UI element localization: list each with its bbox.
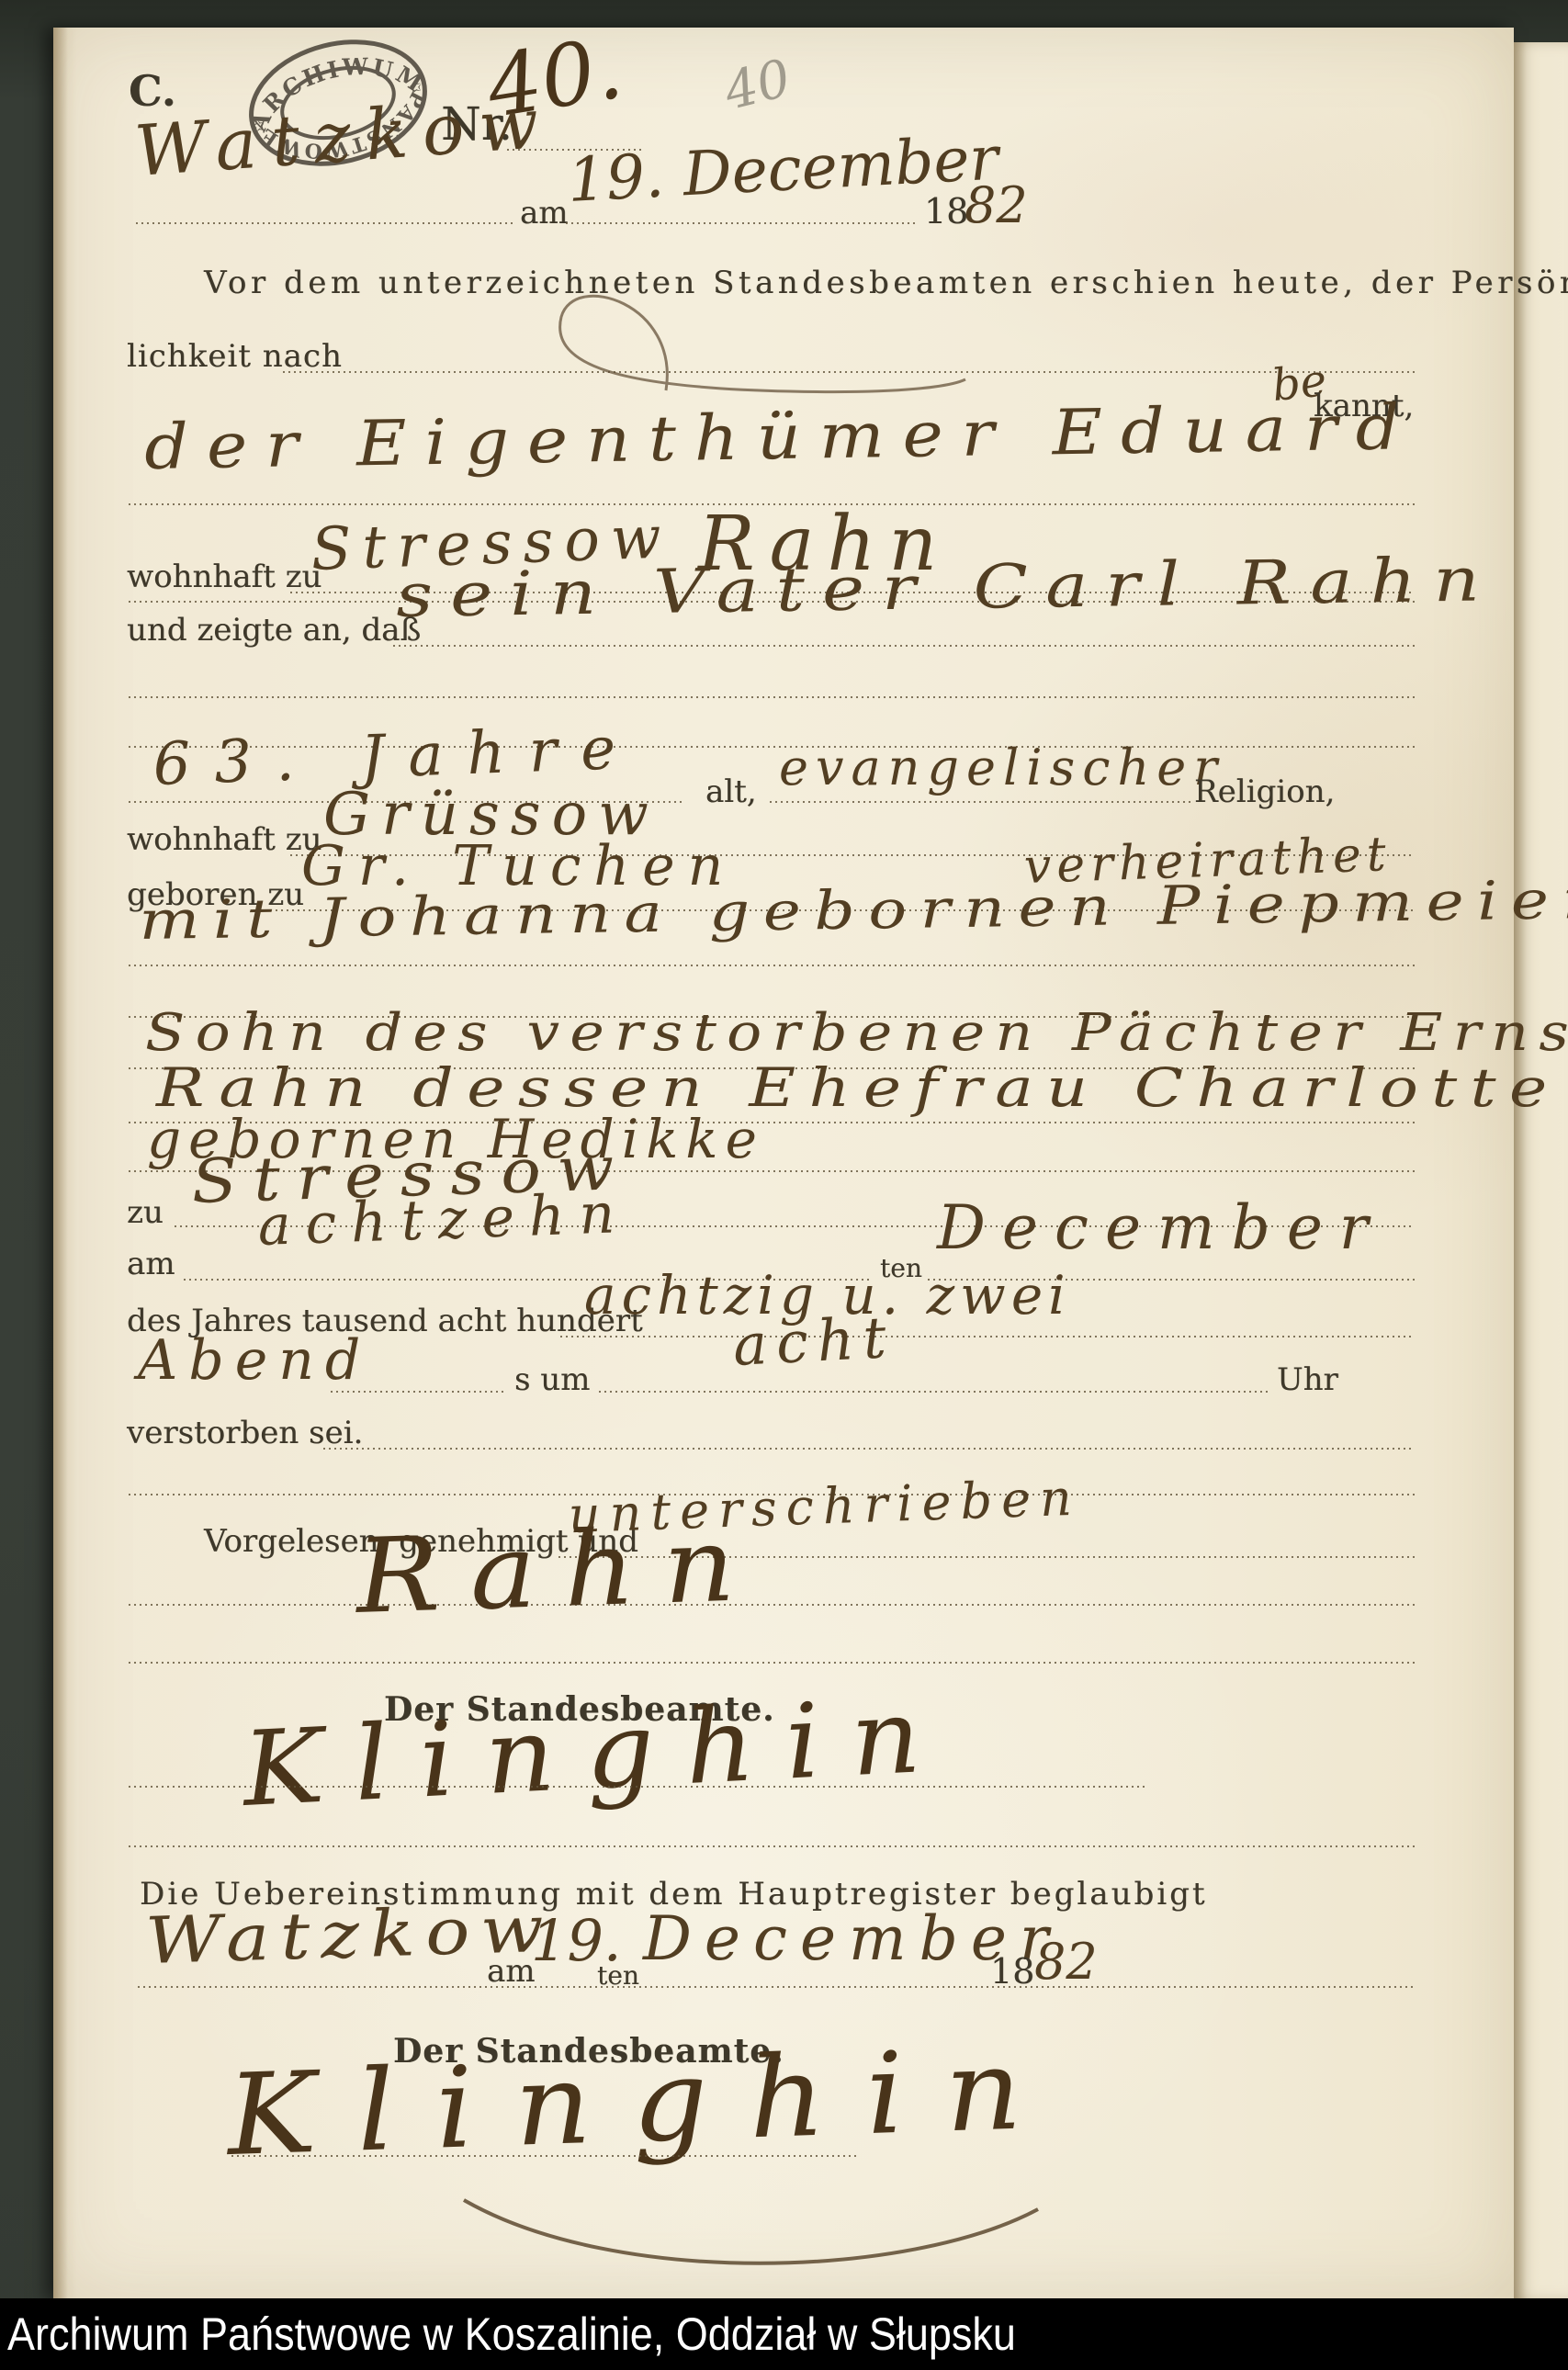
dotted-rule [136, 222, 513, 224]
dotted-rule [129, 1845, 1415, 1847]
certification-year-handwritten: 82 [1034, 1933, 1098, 1991]
dotted-rule [393, 645, 1415, 647]
dotted-rule [129, 696, 1415, 698]
death-daytime-value: Abend [138, 1328, 371, 1393]
death-hour-value: acht [731, 1303, 897, 1379]
uhr-label: Uhr [1277, 1361, 1338, 1398]
dotted-rule [599, 1391, 1268, 1393]
statement-label: und zeigte an, daß [127, 612, 421, 649]
certification-ten-label: ten [597, 1960, 639, 1991]
certification-am-label: am [487, 1953, 536, 1990]
dotted-rule [770, 801, 1190, 803]
death-month-value: December [937, 1192, 1384, 1263]
adjacent-page-sliver [1514, 42, 1568, 2300]
dotted-rule [138, 1986, 1415, 1988]
death-date-am-label: am [127, 1246, 175, 1282]
dotted-rule [129, 1604, 1415, 1606]
archive-attribution-label: Archiwum Państwowe w Koszalinie, Oddział… [7, 2308, 1016, 2361]
declarant-signature: Rahn [354, 1505, 764, 1637]
signature-flourish [450, 2168, 1093, 2287]
dotted-rule [129, 1786, 1148, 1788]
alt-label: alt, [705, 773, 757, 810]
s-um-label: s um [514, 1361, 590, 1398]
paper-left-edge [53, 28, 68, 2300]
religion-label: Religion, [1194, 773, 1335, 810]
dotted-rule [129, 965, 1415, 966]
death-day-value: achtzehn [257, 1181, 631, 1258]
parents-line-1: Sohn des verstorbenen Pächter Ernst [145, 1003, 1568, 1063]
certification-year-printed: 18 [990, 1951, 1034, 1992]
dotted-rule [231, 2155, 856, 2157]
scanned-register-page: C. ARCHIWUM PAŃSTWOWE ✩ ✩ Nr. 40. 40 Wat… [0, 0, 1568, 2370]
registrar-signature-2: Klinghin [225, 2023, 1065, 2181]
religion-value: evangelischer [779, 739, 1224, 796]
dotted-rule [323, 1448, 1415, 1450]
dateline-am-label: am [520, 195, 569, 231]
dotted-rule [560, 1336, 1415, 1337]
dateline-year-printed: 18 [924, 191, 968, 231]
dotted-rule [331, 1391, 507, 1393]
deceased-residence-label: wohnhaft zu [127, 821, 321, 858]
death-place-label: zu [127, 1194, 164, 1231]
dateline-year-handwritten: 82 [964, 176, 1028, 234]
dotted-rule [566, 222, 917, 224]
verstorben-label: verstorben sei. [127, 1415, 363, 1451]
dotted-rule [129, 1662, 1415, 1664]
declarant-residence-label: wohnhaft zu [127, 559, 321, 595]
